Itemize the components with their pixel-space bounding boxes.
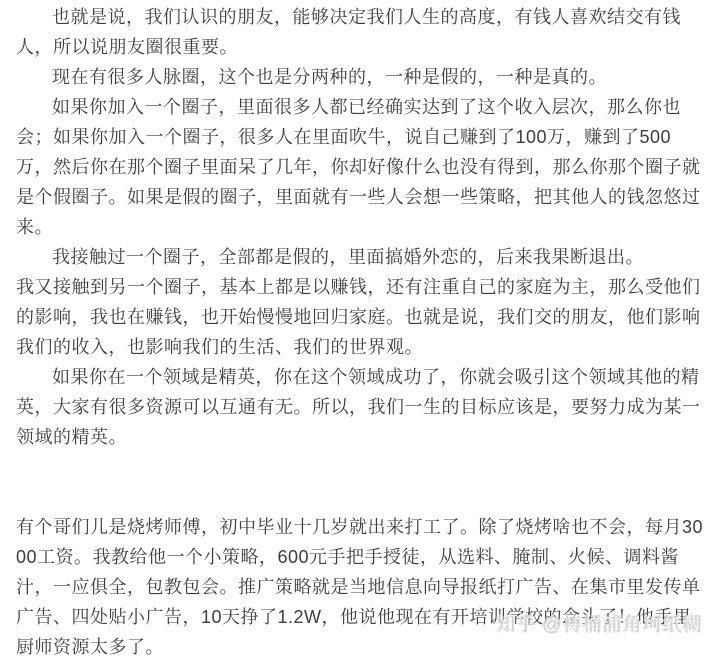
zhihu-user-handle: @祷桶浦角坷纸糊: [543, 615, 703, 636]
paragraph: 如果你在一个领域是精英，你在这个领域成功了，你就会吸引这个领域其他的精英，大家有…: [16, 362, 704, 452]
zhihu-brand-label: 知乎: [497, 615, 537, 636]
paragraph: 如果你加入一个圈子，里面很多人都已经确实达到了这个收入层次，那么你也会；如果你加…: [16, 92, 704, 242]
paragraph: 我接触过一个圈子，全部都是假的，里面搞婚外恋的，后来我果断退出。: [16, 242, 704, 272]
article-page: 也就是说，我们认识的朋友，能够决定我们人生的高度，有钱人喜欢结交有钱人，所以说朋…: [0, 0, 720, 661]
paragraph: 我又接触到另一个圈子，基本上都是以赚钱，还有注重自己的家庭为主，那么受他们的影响…: [16, 272, 704, 362]
paragraph: 也就是说，我们认识的朋友，能够决定我们人生的高度，有钱人喜欢结交有钱人，所以说朋…: [16, 2, 704, 62]
paragraph: 现在有很多人脉圈，这个也是分两种的，一种是假的，一种是真的。: [16, 62, 704, 92]
article-body: 也就是说，我们认识的朋友，能够决定我们人生的高度，有钱人喜欢结交有钱人，所以说朋…: [16, 2, 704, 661]
zhihu-watermark: 知乎@祷桶浦角坷纸糊: [497, 613, 703, 639]
